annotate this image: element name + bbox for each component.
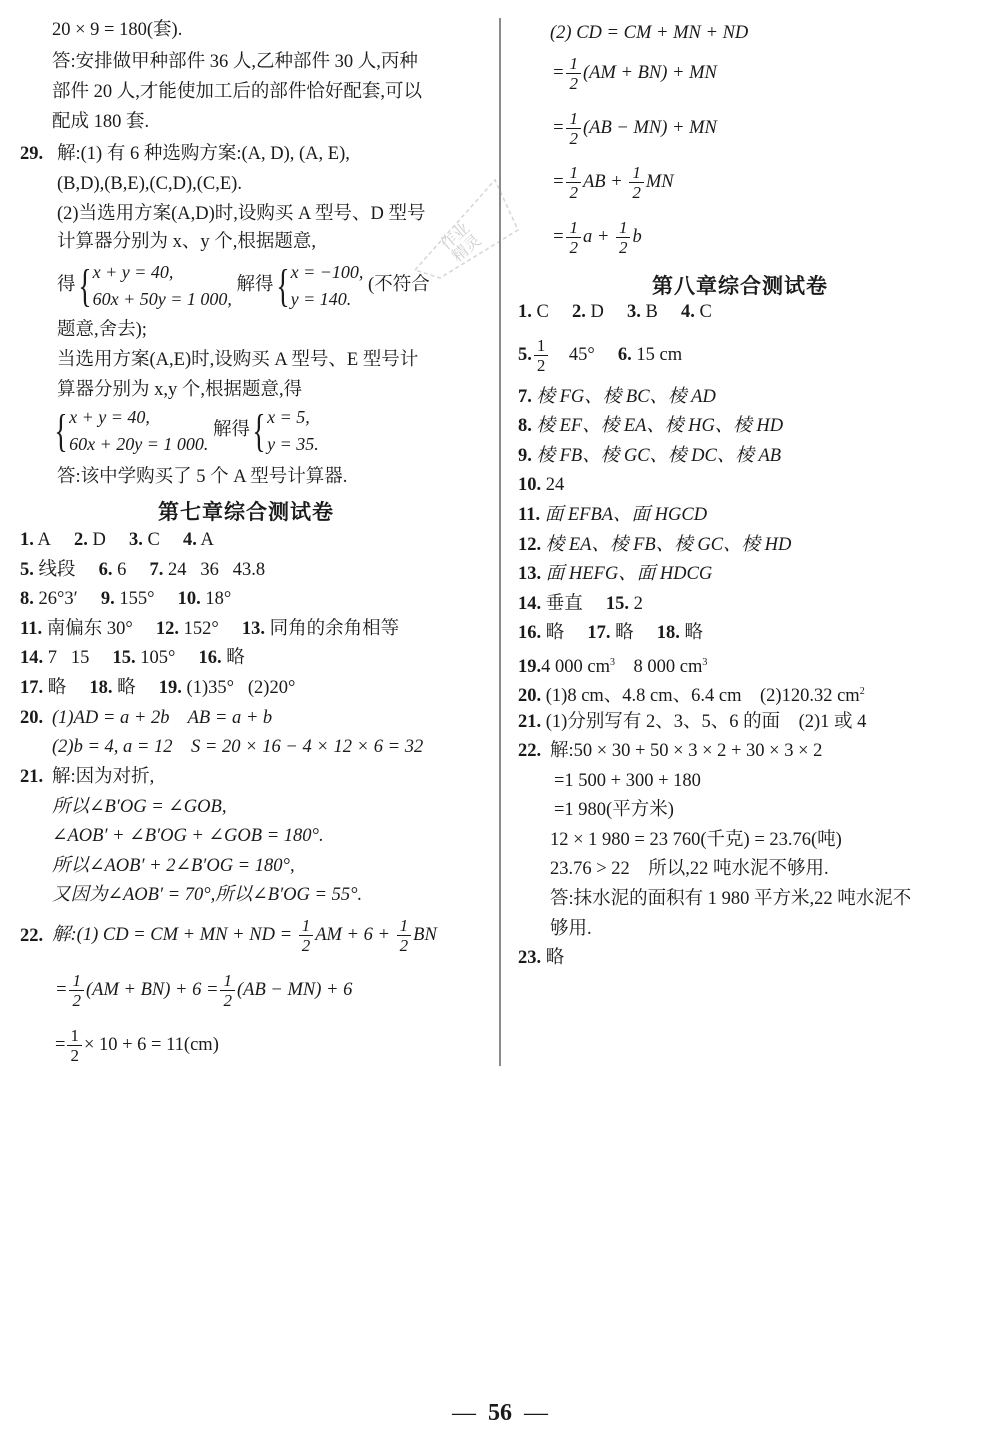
- chapter-7-title: 第七章综合测试卷: [158, 496, 334, 526]
- watermark-stamp-icon: 作业 精灵: [400, 170, 520, 280]
- q29-number: 29.: [20, 142, 43, 166]
- equation: x + y = 40,: [93, 259, 232, 286]
- ch7-row: 14. 7 15 15. 105° 16. 略: [20, 646, 245, 670]
- equation: 60x + 50y = 1 000,: [93, 286, 232, 313]
- ch8-item: 11. 面 EFBA、面 HGCD: [518, 503, 707, 527]
- ch7-q20-line: (2)b = 4, a = 12 S = 20 × 16 − 4 × 12 × …: [52, 735, 423, 759]
- ch8-q22-line: =1 980(平方米): [554, 798, 674, 822]
- ch8-item: 10. 24: [518, 473, 564, 497]
- fraction: 12: [67, 1026, 82, 1065]
- fraction: 12: [534, 336, 549, 375]
- q29-line: 计算器分别为 x、y 个,根据题意,: [57, 230, 316, 254]
- fraction: 12: [566, 54, 581, 93]
- brace-icon: {: [54, 408, 67, 454]
- fraction: 12: [566, 163, 581, 202]
- fraction: 12: [69, 971, 84, 1010]
- q29-case2-line: 算器分别为 x,y 个,根据题意,得: [57, 378, 302, 402]
- ch8-item: 8. 棱 EF、棱 EA、棱 HG、棱 HD: [518, 414, 783, 438]
- brace-icon: {: [276, 263, 289, 309]
- q29-system-2: {x + y = 40,60x + 20y = 1 000. 解得{x = 5,…: [52, 403, 319, 459]
- solution: y = 35.: [267, 431, 319, 458]
- ch7-q21-line: ∠AOB′ + ∠B′OG + ∠GOB = 180°.: [52, 824, 324, 848]
- fraction: 12: [566, 218, 581, 257]
- ch7-row: 11. 南偏东 30° 12. 152° 13. 同角的余角相等: [20, 617, 399, 641]
- ch8-q22-line: 解:50 × 30 + 50 × 3 × 2 + 30 × 3 × 2: [550, 739, 822, 763]
- q29-line: (2)当选用方案(A,D)时,设购买 A 型号、D 型号: [57, 202, 425, 226]
- chapter-8-title: 第八章综合测试卷: [652, 270, 828, 300]
- q22-part2-line: =12a + 12b: [552, 214, 642, 260]
- ch8-q23: 23. 略: [518, 946, 564, 970]
- ch7-q21-line: 解:因为对折,: [52, 765, 154, 789]
- ch8-row: 5.12 45° 6. 15 cm: [518, 332, 682, 378]
- ch8-item: 12. 棱 EA、棱 FB、棱 GC、棱 HD: [518, 533, 791, 557]
- q28-answer-line: 部件 20 人,才能使加工后的部件恰好配套,可以: [52, 80, 422, 104]
- brace-icon: {: [252, 408, 265, 454]
- label-solve: 解得: [237, 275, 274, 295]
- ch8-item: 13. 面 HEFG、面 HDCG: [518, 562, 712, 586]
- q29-line: (B,D),(B,E),(C,D),(C,E).: [57, 172, 242, 196]
- ch8-q22-line: 答:抹水泥的面积有 1 980 平方米,22 吨水泥不: [550, 887, 911, 911]
- fraction: 12: [629, 163, 644, 202]
- ch8-row: 1. C 2. D 3. B 4. C: [518, 300, 712, 324]
- ch7-q21-line: 又因为∠AOB′ = 70°,所以∠B′OG = 55°.: [52, 883, 362, 907]
- solution: x = −100,: [291, 259, 364, 286]
- ch7-row: 1. A 2. D 3. C 4. A: [20, 528, 214, 552]
- ch7-q21-number: 21.: [20, 765, 43, 789]
- ch8-q22-line: =1 500 + 300 + 180: [554, 769, 701, 793]
- column-divider: [499, 18, 501, 1066]
- q28-answer-line: 答:安排做甲种部件 36 人,乙种部件 30 人,丙种: [52, 50, 418, 74]
- ch7-q20-number: 20.: [20, 706, 43, 730]
- ch7-q22-line1: 解:(1) CD = CM + MN + ND = 12AM + 6 + 12B…: [52, 912, 437, 958]
- page-number-footer: —56—: [0, 1400, 1000, 1427]
- q22-part2-line: (2) CD = CM + MN + ND: [550, 21, 748, 45]
- ch8-q22-line: 12 × 1 980 = 23 760(千克) = 23.76(吨): [550, 828, 842, 852]
- solution: x = 5,: [267, 404, 319, 431]
- ch8-q22-number: 22.: [518, 739, 541, 763]
- ch8-row: 16. 略 17. 略 18. 略: [518, 621, 703, 645]
- ch7-q21-line: 所以∠B′OG = ∠GOB,: [52, 795, 226, 819]
- equation: x + y = 40,: [69, 404, 208, 431]
- ch7-q21-line: 所以∠AOB′ + 2∠B′OG = 180°,: [52, 854, 295, 878]
- ch8-q20: 20. (1)8 cm、4.8 cm、6.4 cm (2)120.32 cm2: [518, 680, 865, 708]
- ch7-q22-line3: =12× 10 + 6 = 11(cm): [55, 1022, 219, 1068]
- label-solve: 解得: [213, 420, 250, 440]
- ch7-row: 5. 线段 6. 6 7. 24 36 43.8: [20, 558, 265, 582]
- ch7-q20-line: (1)AD = a + 2b AB = a + b: [52, 706, 272, 730]
- page-number: 56: [488, 1400, 512, 1426]
- q22-part2-line: =12AB + 12MN: [552, 159, 674, 205]
- ch8-item: 9. 棱 FB、棱 GC、棱 DC、棱 AB: [518, 444, 781, 468]
- ch7-row: 8. 26°3′ 9. 155° 10. 18°: [20, 587, 231, 611]
- q29-system-1: 得{x + y = 40,60x + 50y = 1 000, 解得{x = −…: [57, 258, 430, 314]
- equation: 60x + 20y = 1 000.: [69, 431, 208, 458]
- ch8-q22-line: 23.76 > 22 所以,22 吨水泥不够用.: [550, 857, 829, 881]
- ch8-row: 14. 垂直 15. 2: [518, 592, 643, 616]
- ch7-q22-line2: =12(AM + BN) + 6 =12(AB − MN) + 6: [55, 967, 352, 1013]
- q28-calc: 20 × 9 = 180(套).: [52, 18, 182, 42]
- fraction: 12: [566, 109, 581, 148]
- fraction: 12: [616, 218, 631, 257]
- ch7-q22-number: 22.: [20, 924, 43, 948]
- solution: y = 140.: [291, 286, 364, 313]
- fraction: 12: [397, 916, 412, 955]
- ch8-q22-line: 够用.: [550, 917, 592, 941]
- q29-line: 解:(1) 有 6 种选购方案:(A, D), (A, E),: [57, 142, 350, 166]
- ch8-q19: 19.4 000 cm3 8 000 cm3: [518, 651, 707, 679]
- fraction: 12: [220, 971, 235, 1010]
- label-de: 得: [57, 275, 76, 295]
- brace-icon: {: [78, 263, 91, 309]
- q29-case2-line: 当选用方案(A,E)时,设购买 A 型号、E 型号计: [57, 348, 418, 372]
- q22-part2-line: =12(AM + BN) + MN: [552, 50, 717, 96]
- q28-answer-line: 配成 180 套.: [52, 110, 149, 134]
- q29-answer: 答:该中学购买了 5 个 A 型号计算器.: [57, 465, 347, 489]
- q22-part2-line: =12(AB − MN) + MN: [552, 105, 717, 151]
- ch8-item: 7. 棱 FG、棱 BC、棱 AD: [518, 385, 716, 409]
- q29-note-cont: 题意,舍去);: [57, 318, 147, 342]
- footer-dash: —: [452, 1400, 476, 1427]
- footer-dash: —: [524, 1400, 548, 1427]
- ch7-row: 17. 略 18. 略 19. (1)35° (2)20°: [20, 676, 295, 700]
- fraction: 12: [299, 916, 314, 955]
- ch8-q21: 21. (1)分别写有 2、3、5、6 的面 (2)1 或 4: [518, 710, 866, 734]
